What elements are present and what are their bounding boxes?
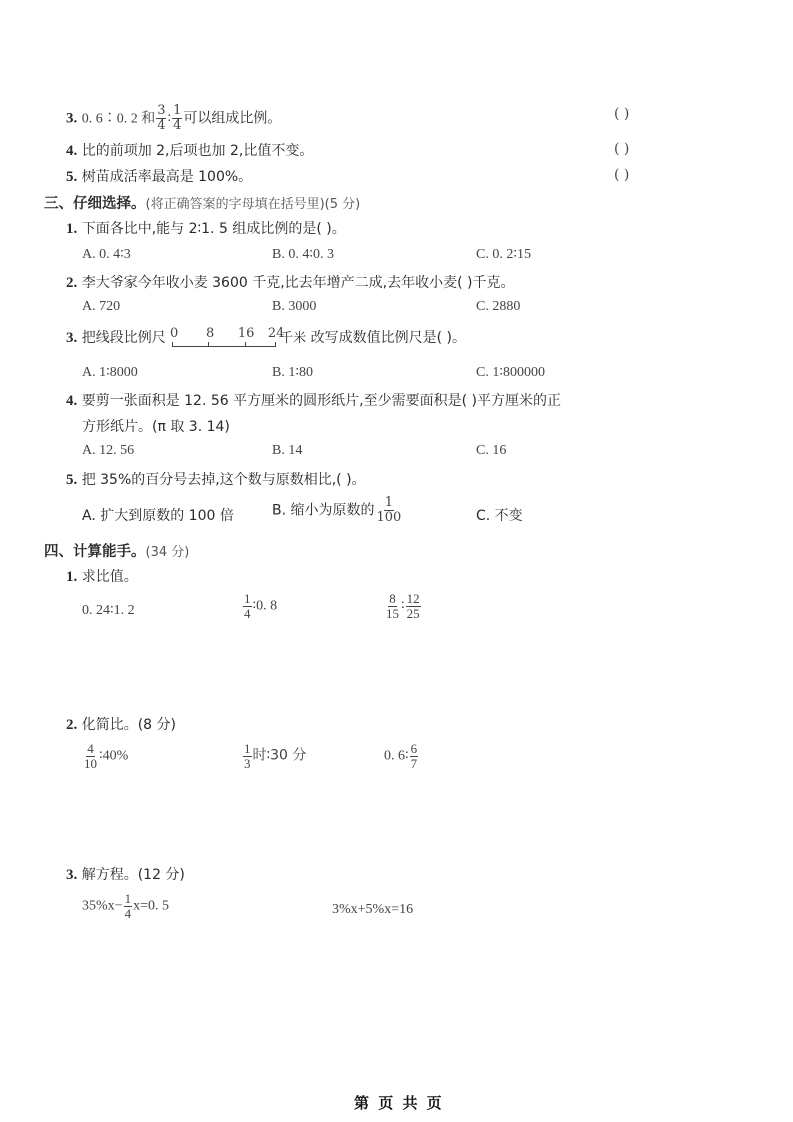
denominator: 4 bbox=[156, 119, 166, 133]
question-text-cont: 方形纸片。(π 取 3. 14) bbox=[82, 416, 230, 436]
question-text: 把线段比例尺 bbox=[82, 330, 166, 346]
denominator: 7 bbox=[410, 757, 419, 771]
denominator: 25 bbox=[406, 607, 421, 621]
question-text: 解方程。(12 分) bbox=[82, 867, 185, 883]
option-c[interactable]: C. 16 bbox=[476, 443, 506, 459]
colon: ∶ bbox=[401, 599, 405, 614]
numerator: 8 bbox=[388, 592, 397, 607]
denominator: 10 bbox=[83, 757, 98, 771]
numerator: 1 bbox=[172, 104, 182, 119]
option-a[interactable]: A. 720 bbox=[82, 299, 120, 315]
scale-label: 24 bbox=[268, 326, 285, 341]
colon: ∶ bbox=[167, 112, 171, 127]
q3-3: 3. 把线段比例尺 0 8 16 24 千米 改写成数值比例尺是( )。 bbox=[66, 326, 466, 350]
question-text: 李大爷家今年收小麦 3600 千克,比去年增产二成,去年收小麦( )千克。 bbox=[82, 275, 515, 291]
item-number: 4. bbox=[66, 143, 77, 159]
section4-header: 四、计算能手。(34 分) bbox=[44, 540, 189, 561]
option-c[interactable]: C. 不变 bbox=[476, 505, 523, 525]
expression: 13时∶30 分 bbox=[242, 742, 306, 771]
option-a[interactable]: A. 1∶8000 bbox=[82, 364, 138, 381]
option-c[interactable]: C. 0. 2∶15 bbox=[476, 246, 531, 263]
question-text: 求比值。 bbox=[82, 569, 138, 585]
q3-4: 4. 要剪一张面积是 12. 56 平方厘米的圆形纸片,至少需要面积是( )平方… bbox=[66, 390, 561, 410]
answer-blank[interactable]: ( ) bbox=[614, 106, 629, 122]
q3-5: 5. 把 35%的百分号去掉,这个数与原数相比,( )。 bbox=[66, 469, 366, 489]
fraction: 13 bbox=[243, 742, 252, 771]
q3-1: 1. 下面各比中,能与 2∶1. 5 组成比例的是( )。 bbox=[66, 218, 346, 238]
item-number: 1. bbox=[66, 221, 77, 237]
option-b[interactable]: B. 3000 bbox=[272, 299, 316, 315]
equation: 3%x+5%x=16 bbox=[332, 902, 413, 918]
item-text: 0. 6∶0. 2 和 bbox=[82, 112, 156, 127]
scale-line bbox=[172, 346, 276, 347]
item-text: 比的前项加 2,后项也加 2,比值不变。 bbox=[82, 143, 314, 159]
denominator: 4 bbox=[243, 607, 252, 621]
fraction: 67 bbox=[410, 742, 419, 771]
equation-text: x=0. 5 bbox=[133, 899, 169, 914]
denominator: 100 bbox=[376, 511, 403, 525]
item-number: 2. bbox=[66, 717, 77, 733]
option-c[interactable]: C. 2880 bbox=[476, 299, 520, 315]
expression-text: 0. 6∶ bbox=[384, 749, 409, 764]
tf-item-3: 3. 0. 6∶0. 2 和34∶14可以组成比例。 bbox=[66, 104, 281, 133]
item-number: 2. bbox=[66, 275, 77, 291]
section-title: 三、仔细选择。 bbox=[44, 196, 146, 212]
fraction: 410 bbox=[83, 742, 98, 771]
scale-label: 16 bbox=[238, 326, 255, 341]
question-text: 要剪一张面积是 12. 56 平方厘米的圆形纸片,至少需要面积是( )平方厘米的… bbox=[82, 393, 561, 409]
expression: 410∶40% bbox=[82, 742, 128, 771]
item-number: 5. bbox=[66, 169, 77, 185]
page-footer: 第 页 共 页 bbox=[354, 1092, 444, 1113]
scale-label: 8 bbox=[206, 326, 214, 341]
fraction: 34 bbox=[156, 104, 166, 133]
option-a[interactable]: A. 0. 4∶3 bbox=[82, 246, 131, 263]
item-text: 树苗成活率最高是 100%。 bbox=[82, 169, 252, 185]
option-b[interactable]: B. 14 bbox=[272, 443, 302, 459]
numerator: 1 bbox=[384, 496, 394, 511]
answer-blank[interactable]: ( ) bbox=[614, 141, 629, 157]
numerator: 1 bbox=[243, 742, 252, 757]
fraction: 14 bbox=[172, 104, 182, 133]
section3-header: 三、仔细选择。(将正确答案的字母填在括号里)(5 分) bbox=[44, 192, 360, 213]
denominator: 4 bbox=[172, 119, 182, 133]
question-text: 改写成数值比例尺是( )。 bbox=[311, 330, 466, 346]
expression-text: 时∶30 分 bbox=[253, 748, 307, 764]
equation-text: 35%x− bbox=[82, 899, 123, 914]
item-number: 3. bbox=[66, 111, 77, 127]
item-number: 3. bbox=[66, 330, 77, 346]
denominator: 4 bbox=[124, 907, 133, 921]
expression: 0. 6∶67 bbox=[384, 742, 419, 771]
section-note: (将正确答案的字母填在括号里)(5 分) bbox=[146, 197, 361, 212]
q3-2: 2. 李大爷家今年收小麦 3600 千克,比去年增产二成,去年收小麦( )千克。 bbox=[66, 272, 515, 292]
expression: 0. 24∶1. 2 bbox=[82, 602, 135, 619]
scale-tick bbox=[245, 342, 246, 347]
tf-item-4: 4. 比的前项加 2,后项也加 2,比值不变。 bbox=[66, 140, 313, 160]
fraction: 1100 bbox=[376, 496, 403, 525]
question-text: 下面各比中,能与 2∶1. 5 组成比例的是( )。 bbox=[82, 221, 346, 237]
item-number: 1. bbox=[66, 569, 77, 585]
fraction: 815 bbox=[385, 592, 400, 621]
denominator: 15 bbox=[385, 607, 400, 621]
expression-text: ∶40% bbox=[99, 749, 128, 764]
option-b[interactable]: B. 缩小为原数的1100 bbox=[272, 496, 403, 525]
expression: 14∶0. 8 bbox=[242, 592, 277, 621]
scale-tick bbox=[172, 342, 173, 347]
option-text: B. 缩小为原数的 bbox=[272, 503, 375, 519]
item-number: 3. bbox=[66, 867, 77, 883]
option-b[interactable]: B. 1∶80 bbox=[272, 364, 313, 381]
q4-1: 1. 求比值。 bbox=[66, 566, 138, 586]
option-a[interactable]: A. 12. 56 bbox=[82, 443, 134, 459]
numerator: 12 bbox=[406, 592, 421, 607]
item-text: 可以组成比例。 bbox=[183, 111, 281, 127]
numerator: 4 bbox=[86, 742, 95, 757]
question-text: 把 35%的百分号去掉,这个数与原数相比,( )。 bbox=[82, 472, 366, 488]
fraction: 14 bbox=[124, 892, 133, 921]
denominator: 3 bbox=[243, 757, 252, 771]
item-number: 5. bbox=[66, 472, 77, 488]
question-text: 化简比。(8 分) bbox=[82, 717, 176, 733]
numerator: 3 bbox=[156, 104, 166, 119]
expression: 815∶1225 bbox=[384, 592, 422, 621]
numerator: 1 bbox=[243, 592, 252, 607]
equation: 35%x−14x=0. 5 bbox=[82, 892, 169, 921]
fraction: 1225 bbox=[406, 592, 421, 621]
scale-tick bbox=[208, 342, 209, 347]
line-scale-diagram: 0 8 16 24 bbox=[170, 326, 280, 350]
scale-label: 0 bbox=[170, 326, 178, 341]
option-c[interactable]: C. 1∶800000 bbox=[476, 364, 545, 381]
scale-tick bbox=[275, 342, 276, 347]
fraction: 14 bbox=[243, 592, 252, 621]
section-score: (34 分) bbox=[146, 545, 190, 560]
q4-3: 3. 解方程。(12 分) bbox=[66, 864, 185, 884]
option-b[interactable]: B. 0. 4∶0. 3 bbox=[272, 246, 334, 263]
numerator: 6 bbox=[410, 742, 419, 757]
numerator: 1 bbox=[124, 892, 133, 907]
section-title: 四、计算能手。 bbox=[44, 544, 146, 560]
answer-blank[interactable]: ( ) bbox=[614, 167, 629, 183]
tf-item-5: 5. 树苗成活率最高是 100%。 bbox=[66, 166, 252, 186]
expression-text: ∶0. 8 bbox=[253, 599, 278, 614]
q4-2: 2. 化简比。(8 分) bbox=[66, 714, 176, 734]
item-number: 4. bbox=[66, 393, 77, 409]
option-a[interactable]: A. 扩大到原数的 100 倍 bbox=[82, 505, 234, 525]
